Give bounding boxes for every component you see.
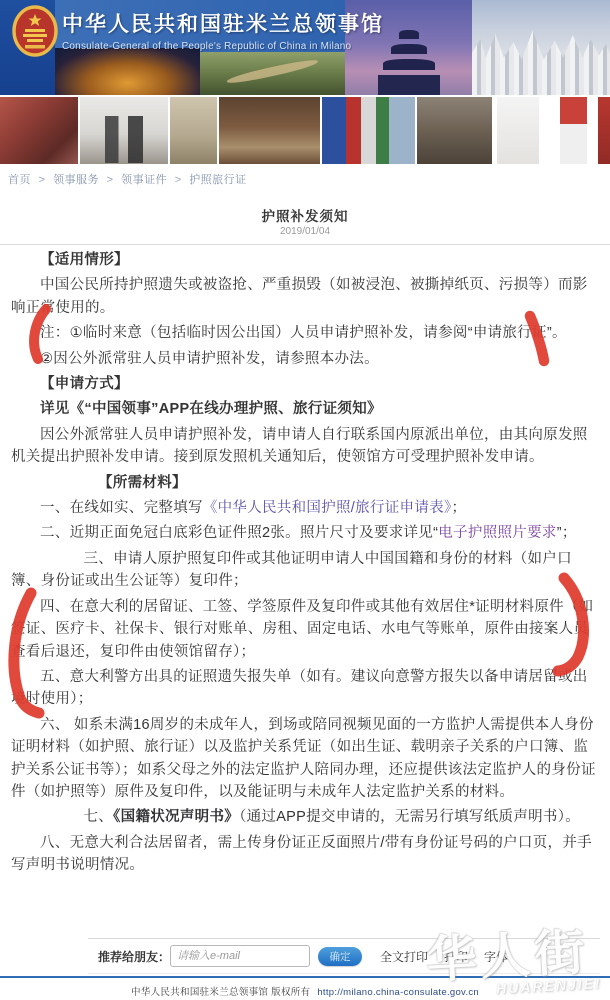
- share-email-input[interactable]: [170, 945, 310, 967]
- required-item-3: 三、申请人原护照复印件或其他证明申请人中国国籍和身份的材料（如户口簿、身份证或出…: [11, 548, 599, 593]
- item-2-text: 二、近期正面免冠白底彩色证件照2张。照片尺寸及要求详见“: [40, 525, 438, 541]
- required-item-6: 六、 如系未满16周岁的未成年人，到场或陪同视频见面的一方监护人需提供本人身份证…: [11, 714, 599, 804]
- share-submit-button[interactable]: 确定: [318, 947, 362, 966]
- paragraph-note-1: 注：①临时来意（包括临时因公出国）人员申请护照补发，请参阅“申请旅行证”。: [11, 322, 599, 344]
- passport-application-form-link[interactable]: 《中华人民共和国护照/旅行证申请表》: [203, 500, 452, 516]
- paragraph-see-consular-app-notice: 详见《“中国领事”APP在线办理护照、旅行证须知》: [11, 398, 599, 420]
- page-title: 护照补发须知: [0, 205, 610, 225]
- font-size-button[interactable]: 字体: [484, 948, 508, 965]
- consulate-title-en: Consulate-General of the People's Republ…: [62, 41, 402, 52]
- required-item-8: 八、无意大利合法居留者，需上传身份证正反面照片/带有身份证号码的户口页，并手写声…: [11, 832, 599, 877]
- breadcrumb-home[interactable]: 首页: [8, 174, 31, 186]
- breadcrumb-separator: >: [39, 174, 46, 186]
- section-heading-applicable-situations: 【适用情形】: [11, 249, 599, 271]
- site-header-banner: 中华人民共和国驻米兰总领事馆 Consulate-General of the …: [0, 0, 610, 95]
- consulate-title-block: 中华人民共和国驻米兰总领事馆 Consulate-General of the …: [62, 8, 402, 52]
- required-item-2: 二、近期正面免冠白底彩色证件照2张。照片尺寸及要求详见“电子护照照片要求”；: [11, 522, 599, 544]
- footer-copyright: 中华人民共和国驻米兰总领事馆 版权所有 http://milano.china-…: [0, 984, 610, 998]
- paragraph-official-dispatch: 因公外派常驻人员申请护照补发，请申请人自行联系国内原派出单位，由其向原发照机关提…: [11, 424, 599, 469]
- required-item-5: 五、意大利警方出具的证照遗失报失单（如有。建议向意警方报失以备申请居留或出境时使…: [11, 666, 599, 711]
- photo-flags-meeting: [322, 97, 415, 164]
- breadcrumb-current-passport-travel: 护照旅行证: [189, 174, 247, 186]
- item-7-text: （通过APP提交申请的，无需另行填写纸质声明书）。: [239, 809, 580, 825]
- item-1-punct: ；: [452, 500, 467, 516]
- china-national-emblem-icon: [12, 5, 58, 57]
- share-print-bar: 推荐给朋友： 确定 全文打印 打印 字体: [88, 938, 600, 974]
- item-7-num: 七、: [84, 809, 114, 825]
- footer-url[interactable]: http://milano.china-consulate.gov.cn: [317, 987, 479, 998]
- print-button[interactable]: 打印: [444, 948, 468, 965]
- print-full-text-button[interactable]: 全文打印: [380, 948, 428, 965]
- item-1-text: 一、在线如实、完整填写: [40, 500, 203, 516]
- photo-award-presentation: [417, 97, 492, 164]
- breadcrumb-consular-documents[interactable]: 领事证件: [121, 174, 167, 186]
- photo-red-partial: [560, 97, 587, 164]
- photo-officials-handshake: [80, 97, 168, 164]
- photo-birds-nest-stadium: [55, 48, 200, 95]
- paragraph-applicable-situations: 中国公民所持护照遗失或被盗抢、严重损毁（如被浸泡、被撕掉纸页、污损等）而影响正常…: [11, 274, 599, 319]
- section-heading-required-materials: 【所需材料】: [11, 472, 599, 494]
- copyright-text: 中华人民共和国驻米兰总领事馆 版权所有: [131, 987, 310, 998]
- title-divider: [0, 244, 610, 245]
- article-date: 2019/01/04: [0, 226, 610, 237]
- temple-roof-silhouette: [383, 59, 435, 70]
- required-item-4: 四、在意大利的居留证、工签、学签原件及复印件或其他有效居住*证明材料原件（如签证…: [11, 596, 599, 663]
- breadcrumb: 首页 > 领事服务 > 领事证件 > 护照旅行证: [8, 171, 247, 187]
- photo-dinner-group: [219, 97, 320, 164]
- print-controls: 全文打印 打印 字体: [380, 948, 508, 965]
- required-item-1: 一、在线如实、完整填写《中华人民共和国护照/旅行证申请表》；: [11, 497, 599, 519]
- e-passport-photo-requirements-link[interactable]: 电子护照照片要求: [438, 525, 556, 541]
- breadcrumb-separator: >: [175, 174, 182, 186]
- photo-milan-duomo: [472, 0, 610, 95]
- footer-rule: [0, 976, 610, 978]
- photo-event-group-red: [0, 97, 78, 164]
- photo-red-sliver: [598, 97, 610, 164]
- photo-light-partial: [497, 97, 539, 164]
- photo-building-column: [170, 97, 217, 164]
- breadcrumb-consular-services[interactable]: 领事服务: [53, 174, 99, 186]
- required-item-7: 七、《国籍状况声明书》（通过APP提交申请的，无需另行填写纸质声明书）。: [11, 806, 599, 828]
- paragraph-note-2: ②因公外派常驻人员申请护照补发，请参照本办法。: [11, 348, 599, 370]
- consulate-title-cn: 中华人民共和国驻米兰总领事馆: [62, 8, 402, 38]
- photo-great-wall: [200, 52, 345, 95]
- share-label: 推荐给朋友：: [98, 948, 170, 965]
- article-body: 【适用情形】 中国公民所持护照遗失或被盗抢、严重损毁（如被浸泡、被撕掉纸页、污损…: [11, 249, 599, 880]
- breadcrumb-separator: >: [107, 174, 114, 186]
- nationality-status-declaration-doc: 《国籍状况声明书》: [113, 809, 239, 825]
- item-2-punct: ”；: [557, 525, 577, 541]
- section-heading-application-method: 【申请方式】: [11, 373, 599, 395]
- temple-base-silhouette: [378, 75, 440, 95]
- duomo-facade-silhouette: [472, 27, 610, 95]
